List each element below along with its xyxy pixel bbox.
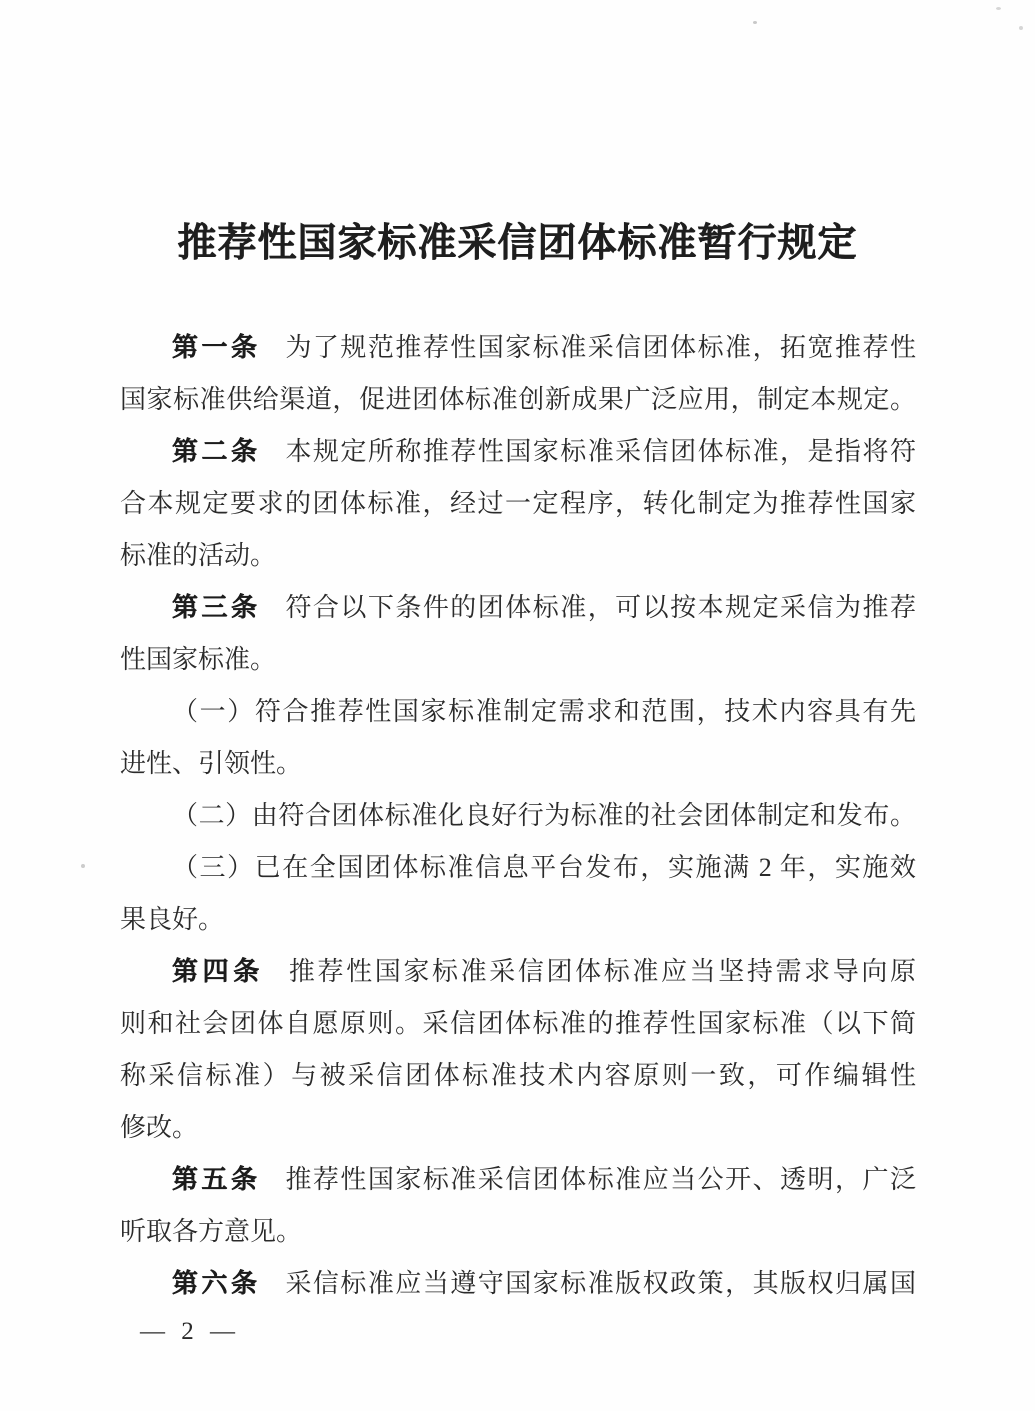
document-title: 推荐性国家标准采信团体标准暂行规定 (0, 212, 1035, 268)
item-3-line-2: 果良好。 (120, 894, 916, 946)
article-6-line-1: 第六条采信标准应当遵守国家标准版权政策，其版权归属国 (120, 1258, 916, 1310)
line-text: 国家标准供给渠道，促进团体标准创新成果广泛应用，制定本规定。 (120, 385, 916, 414)
article-4-line-2: 则和社会团体自愿原则。采信团体标准的推荐性国家标准（以下简 (120, 998, 916, 1050)
line-text: 推荐性国家标准采信团体标准应当坚持需求导向原 (289, 957, 916, 986)
article-2-line-3: 标准的活动。 (120, 530, 916, 582)
scan-artifact (996, 7, 1001, 10)
article-4-line-1: 第四条推荐性国家标准采信团体标准应当坚持需求导向原 (120, 946, 916, 998)
line-text: 采信标准应当遵守国家标准版权政策，其版权归属国 (285, 1269, 916, 1298)
article-2-label: 第二条 (172, 437, 260, 466)
article-1-label: 第一条 (172, 333, 260, 362)
article-5-label: 第五条 (172, 1165, 260, 1194)
line-text: 性国家标准。 (120, 645, 276, 674)
line-text: 推荐性国家标准采信团体标准应当公开、透明，广泛 (285, 1165, 916, 1194)
article-4-line-4: 修改。 (120, 1102, 916, 1154)
item-2-line-1: （二）由符合团体标准化良好行为标准的社会团体制定和发布。 (120, 790, 916, 842)
article-2-line-1: 第二条本规定所称推荐性国家标准采信团体标准，是指将符 (120, 426, 916, 478)
item-1-line-2: 进性、引领性。 (120, 738, 916, 790)
scan-artifact (1019, 26, 1023, 30)
line-text: （二）由符合团体标准化良好行为标准的社会团体制定和发布。 (172, 801, 916, 830)
article-3-label: 第三条 (172, 593, 260, 622)
line-text: 符合以下条件的团体标准，可以按本规定采信为推荐 (285, 593, 916, 622)
article-4-label: 第四条 (172, 957, 264, 986)
article-6-label: 第六条 (172, 1269, 260, 1298)
article-5-line-2: 听取各方意见。 (120, 1206, 916, 1258)
article-1-line-2: 国家标准供给渠道，促进团体标准创新成果广泛应用，制定本规定。 (120, 374, 916, 426)
article-5-line-1: 第五条推荐性国家标准采信团体标准应当公开、透明，广泛 (120, 1154, 916, 1206)
document-body: 第一条为了规范推荐性国家标准采信团体标准，拓宽推荐性 国家标准供给渠道，促进团体… (120, 322, 916, 1310)
line-text: 果良好。 (120, 905, 224, 934)
line-text: （三）已在全国团体标准信息平台发布，实施满 2 年，实施效 (172, 853, 916, 882)
scan-artifact (81, 864, 85, 868)
page-number: — 2 — (140, 1318, 240, 1346)
item-1-line-1: （一）符合推荐性国家标准制定需求和范围，技术内容具有先 (120, 686, 916, 738)
article-4-line-3: 称采信标准）与被采信团体标准技术内容原则一致，可作编辑性 (120, 1050, 916, 1102)
line-text: 听取各方意见。 (120, 1217, 302, 1246)
line-text: 进性、引领性。 (120, 749, 302, 778)
line-text: 为了规范推荐性国家标准采信团体标准，拓宽推荐性 (285, 333, 916, 362)
article-3-line-1: 第三条符合以下条件的团体标准，可以按本规定采信为推荐 (120, 582, 916, 634)
article-2-line-2: 合本规定要求的团体标准，经过一定程序，转化制定为推荐性国家 (120, 478, 916, 530)
scan-artifact (753, 21, 757, 24)
line-text: 本规定所称推荐性国家标准采信团体标准，是指将符 (285, 437, 916, 466)
item-3-line-1: （三）已在全国团体标准信息平台发布，实施满 2 年，实施效 (120, 842, 916, 894)
line-text: 标准的活动。 (120, 541, 276, 570)
scanned-document-page: 推荐性国家标准采信团体标准暂行规定 第一条为了规范推荐性国家标准采信团体标准，拓… (0, 0, 1035, 1411)
line-text: 称采信标准）与被采信团体标准技术内容原则一致，可作编辑性 (120, 1061, 916, 1090)
line-text: （一）符合推荐性国家标准制定需求和范围，技术内容具有先 (172, 697, 916, 726)
line-text: 合本规定要求的团体标准，经过一定程序，转化制定为推荐性国家 (120, 489, 916, 518)
line-text: 修改。 (120, 1113, 198, 1142)
line-text: 则和社会团体自愿原则。采信团体标准的推荐性国家标准（以下简 (120, 1009, 916, 1038)
article-1-line-1: 第一条为了规范推荐性国家标准采信团体标准，拓宽推荐性 (120, 322, 916, 374)
article-3-line-2: 性国家标准。 (120, 634, 916, 686)
